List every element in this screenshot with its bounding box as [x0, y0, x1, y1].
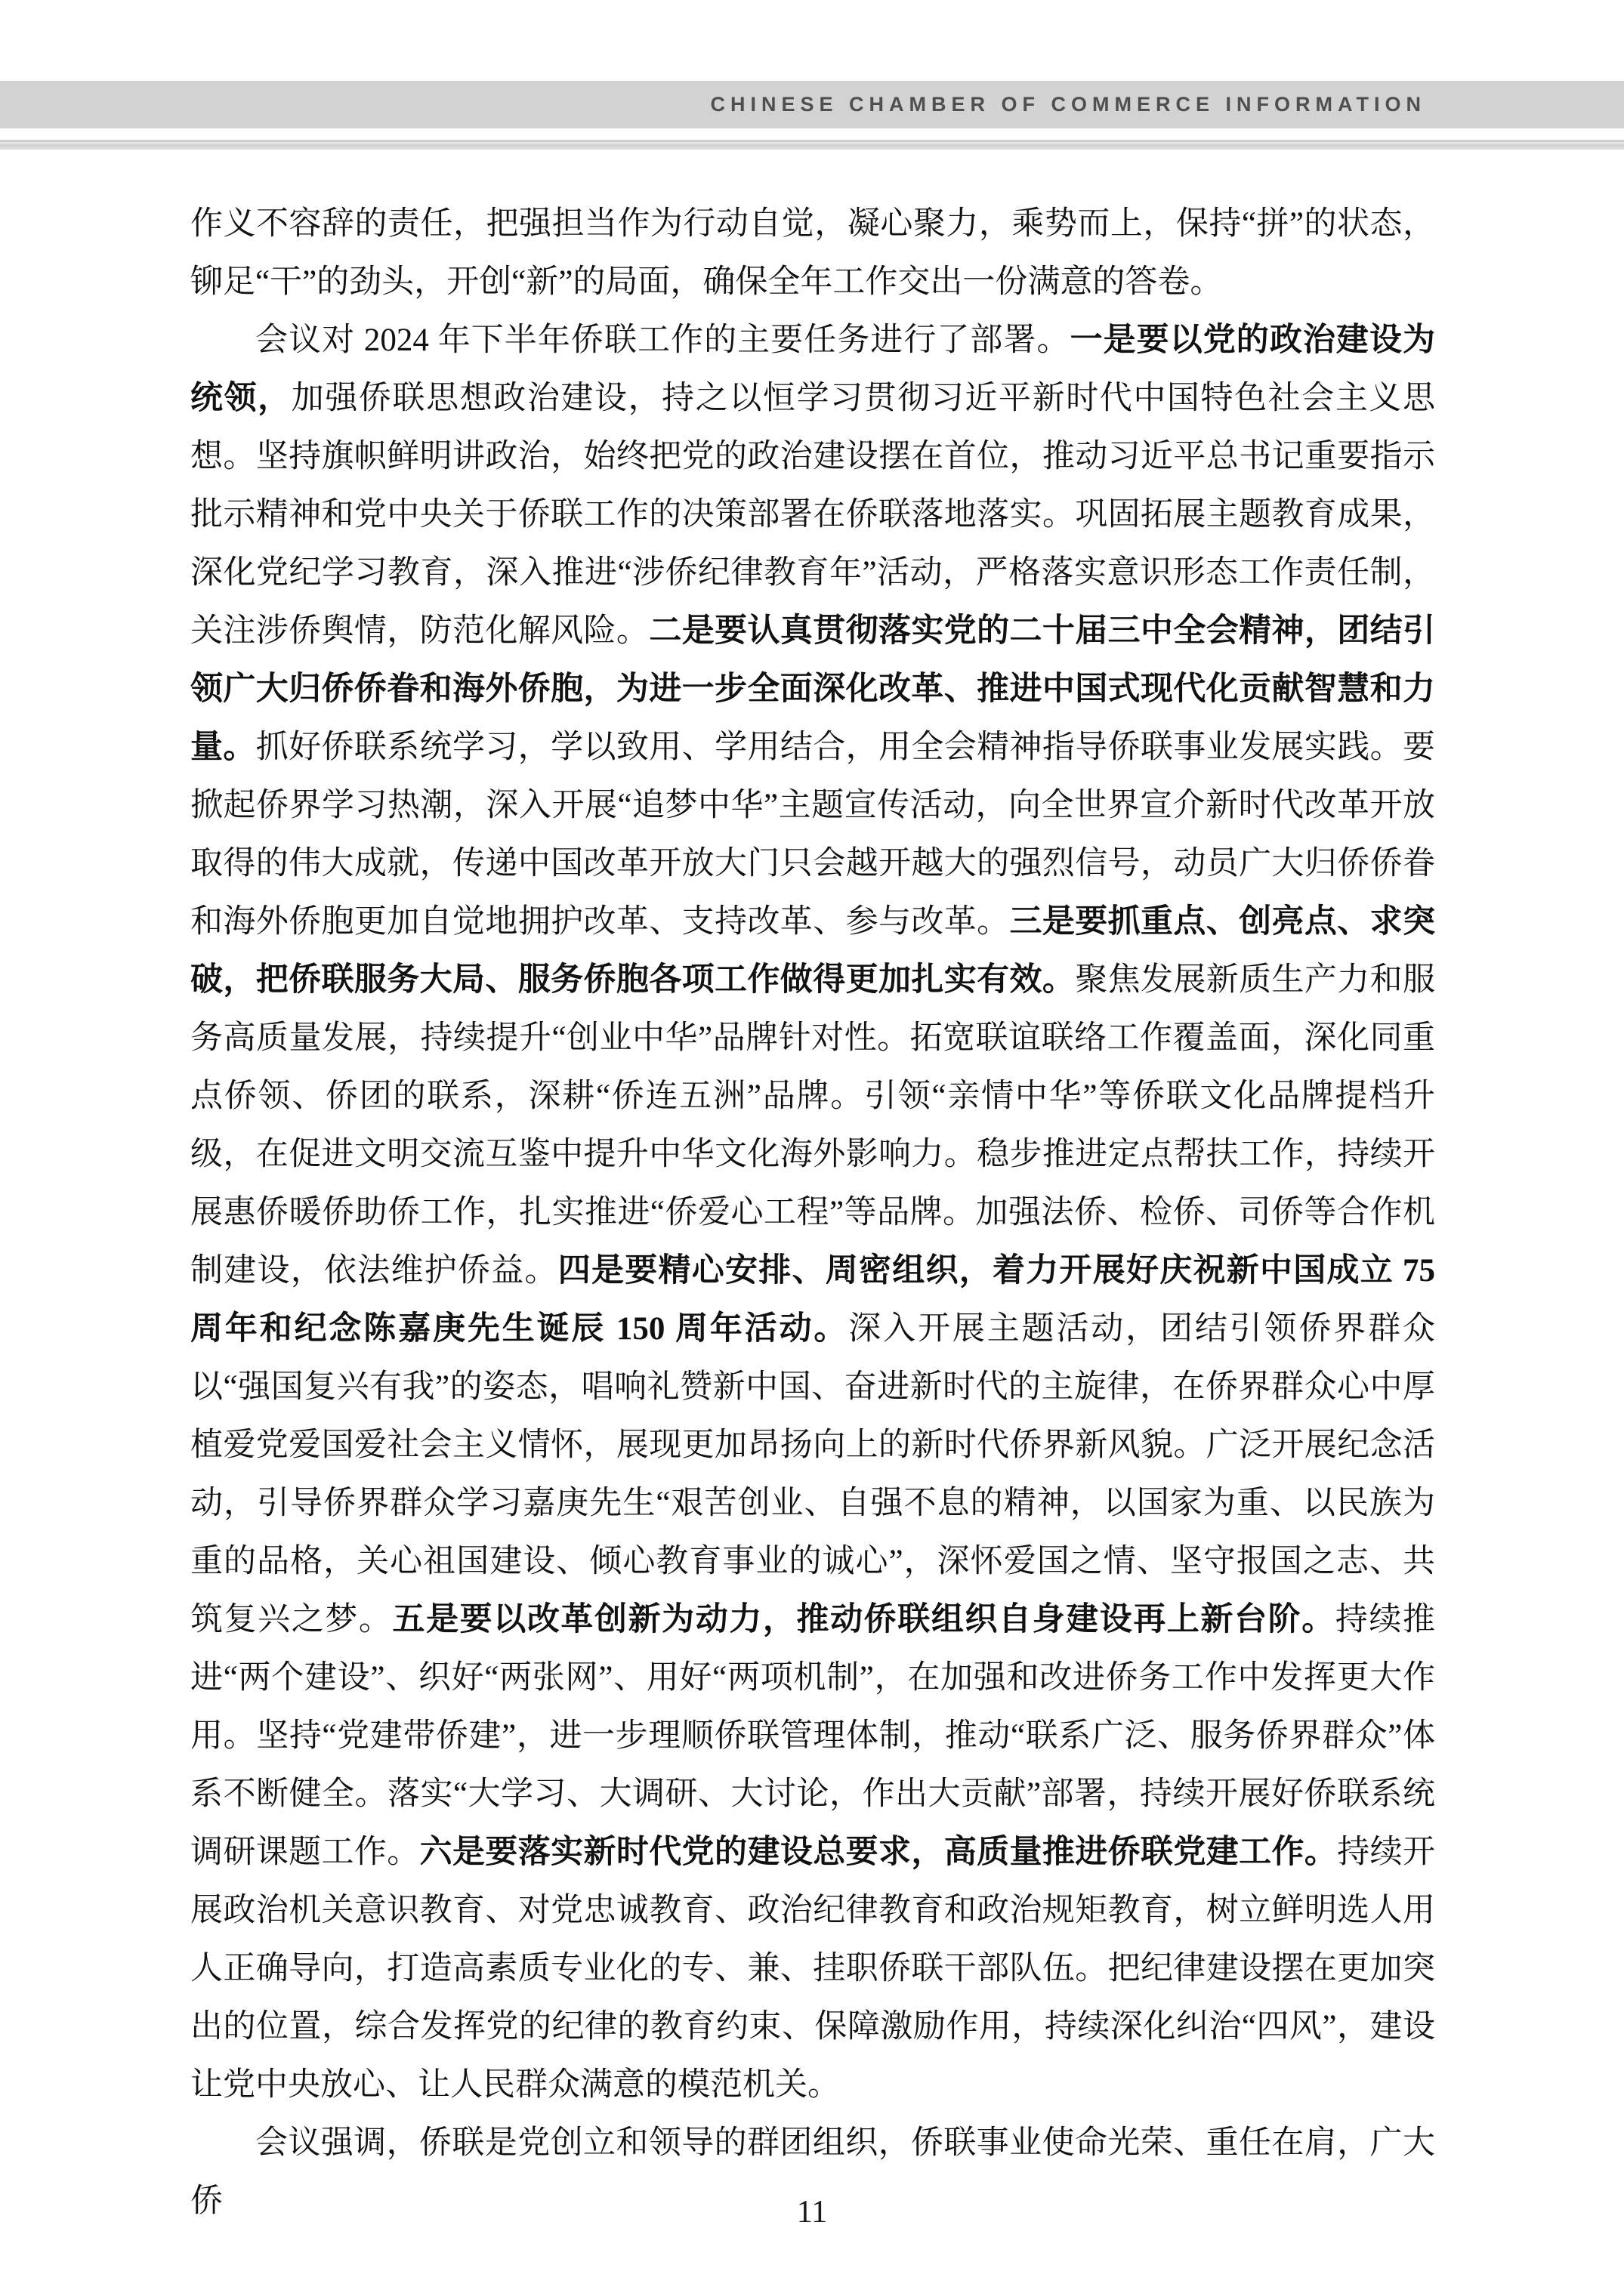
text-run: 会议对 2024 年下半年侨联工作的主要任务进行了部署。	[255, 323, 1070, 358]
document-body: 作义不容辞的责任，把强担当作为行动自觉，凝心聚力，乘势而上，保持“拼”的状态，铆…	[190, 195, 1435, 2230]
text-run: 深入开展主题活动，团结引领侨界群众以“强国复兴有我”的姿态，唱响礼赞新中国、奋进…	[190, 1311, 1435, 1637]
paragraph: 会议对 2024 年下半年侨联工作的主要任务进行了部署。一是要以党的政治建设为统…	[190, 311, 1435, 2114]
bold-text-run: 六是要落实新时代党的建设总要求，高质量推进侨联党建工作。	[420, 1835, 1338, 1870]
header-banner-title: CHINESE CHAMBER OF COMMERCE INFORMATION	[711, 93, 1427, 116]
bold-text-run: 五是要以改革创新为动力，推动侨联组织自身建设再上新台阶。	[393, 1602, 1335, 1637]
page-number: 11	[0, 2194, 1624, 2230]
text-run: 聚焦发展新质生产力和服务高质量发展，持续提升“创业中华”品牌针对性。拓宽联谊联络…	[190, 962, 1435, 1288]
paragraph: 作义不容辞的责任，把强担当作为行动自觉，凝心聚力，乘势而上，保持“拼”的状态，铆…	[190, 195, 1435, 311]
text-run: 持续开展政治机关意识教育、对党忠诚教育、政治纪律教育和政治规矩教育，树立鲜明选人…	[190, 1835, 1435, 2103]
header-divider	[0, 140, 1624, 150]
text-run: 加强侨联思想政治建设，持之以恒学习贯彻习近平新时代中国特色社会主义思想。坚持旗帜…	[190, 381, 1435, 649]
text-run: 作义不容辞的责任，把强担当作为行动自觉，凝心聚力，乘势而上，保持“拼”的状态，铆…	[190, 206, 1435, 300]
text-run: 持续推进“两个建设”、织好“两张网”、用好“两项机制”，在加强和改进侨务工作中发…	[190, 1602, 1435, 1870]
document-page: CHINESE CHAMBER OF COMMERCE INFORMATION …	[0, 0, 1624, 2293]
header-banner: CHINESE CHAMBER OF COMMERCE INFORMATION	[0, 81, 1624, 128]
